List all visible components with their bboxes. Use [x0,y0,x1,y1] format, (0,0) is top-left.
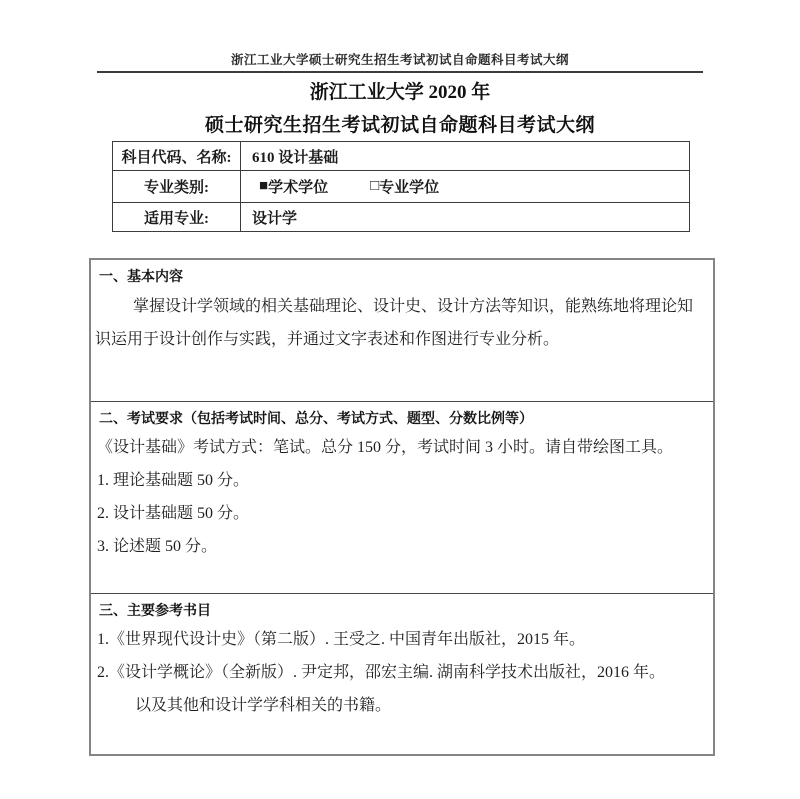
academic-degree-label: 学术学位 [268,176,328,197]
running-header: 浙江工业大学硕士研究生招生考试初试自命题科目考试大纲 [0,50,800,68]
section-1-paragraph: 掌握设计学领域的相关基础理论、设计史、设计方法等知识，能熟练地将理论知识运用于设… [91,290,713,356]
header-rule-divider [97,71,703,73]
subject-info-table: 科目代码、名称: 610 设计基础 专业类别: ■ 学术学位 □ 专业学位 适用… [112,141,690,232]
professional-degree-label: 专业学位 [379,176,439,197]
exam-item-3: 3. 论述题 50 分。 [91,530,713,563]
section-basic-content: 一、基本内容 掌握设计学领域的相关基础理论、设计史、设计方法等知识，能熟练地将理… [91,260,713,401]
exam-format-line: 《设计基础》考试方式：笔试。总分 150 分，考试时间 3 小时。请自带绘图工具… [91,431,713,464]
section-exam-requirements: 二、考试要求（包括考试时间、总分、考试方式、题型、分数比例等） 《设计基础》考试… [91,401,713,593]
section-1-heading: 一、基本内容 [91,260,713,286]
exam-item-1: 1. 理论基础题 50 分。 [91,464,713,497]
page-title-line2: 硕士研究生招生考试初试自命题科目考试大纲 [0,110,800,137]
reference-note: 以及其他和设计学学科相关的书籍。 [91,689,713,722]
exam-item-2: 2. 设计基础题 50 分。 [91,497,713,530]
page-title-line1: 浙江工业大学 2020 年 [0,77,800,104]
checked-checkbox-icon: ■ [259,178,268,195]
table-row-subject-code: 科目代码、名称: 610 设计基础 [113,142,689,171]
section-reference-books: 三、主要参考书目 1.《世界现代设计史》（第二版）. 王受之. 中国青年出版社，… [91,593,713,754]
subject-code-label: 科目代码、名称: [113,142,241,170]
reference-book-1: 1.《世界现代设计史》（第二版）. 王受之. 中国青年出版社，2015 年。 [91,623,713,656]
reference-book-2: 2.《设计学概论》（全新版）. 尹定邦，邵宏主编. 湖南科学技术出版社，2016… [91,656,713,689]
degree-category-label: 专业类别: [113,171,241,202]
section-2-heading: 二、考试要求（包括考试时间、总分、考试方式、题型、分数比例等） [91,402,713,428]
applicable-major-label: 适用专业: [113,203,241,231]
syllabus-content-box: 一、基本内容 掌握设计学领域的相关基础理论、设计史、设计方法等知识，能熟练地将理… [89,258,715,756]
table-row-degree-category: 专业类别: ■ 学术学位 □ 专业学位 [113,171,689,203]
professional-degree-option: □ 专业学位 [370,176,439,197]
subject-code-value: 610 设计基础 [241,142,689,170]
degree-category-value: ■ 学术学位 □ 专业学位 [241,171,689,202]
applicable-major-value: 设计学 [241,203,689,231]
table-row-applicable-major: 适用专业: 设计学 [113,203,689,231]
unchecked-checkbox-icon: □ [370,178,379,195]
academic-degree-option: ■ 学术学位 [259,176,328,197]
section-3-heading: 三、主要参考书目 [91,594,713,620]
